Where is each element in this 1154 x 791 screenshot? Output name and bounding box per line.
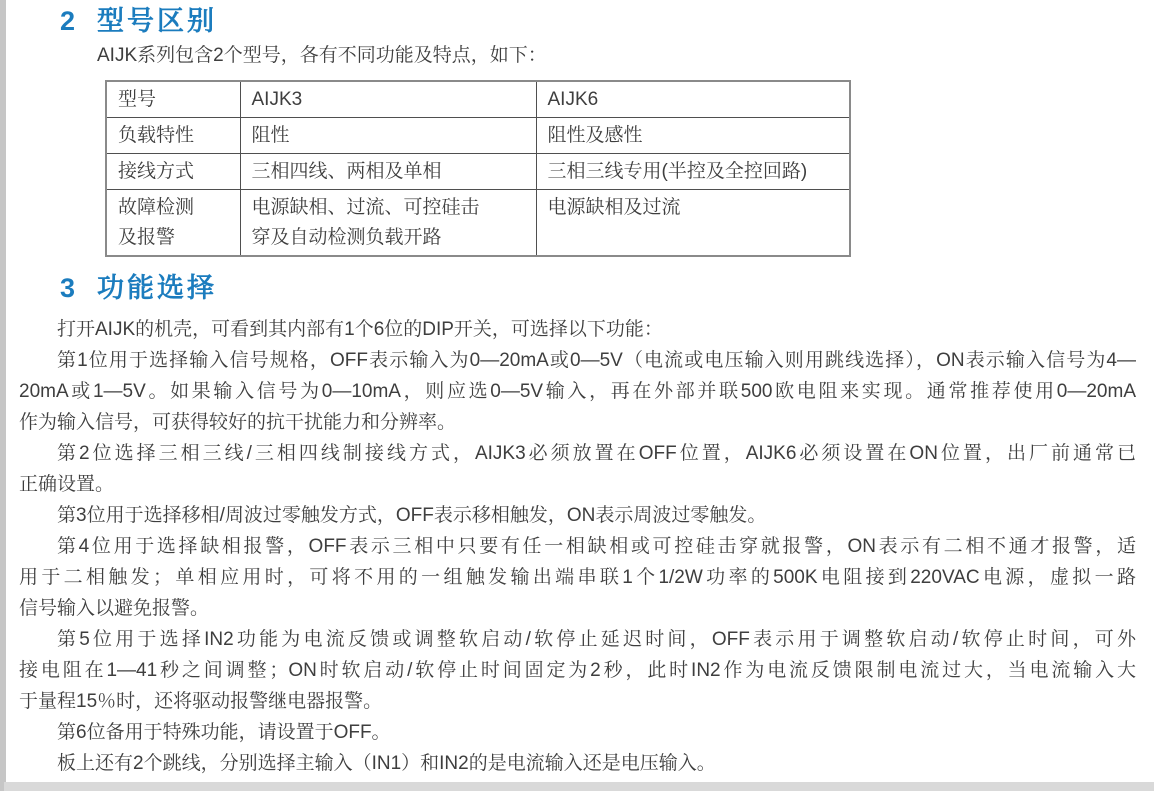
paragraph: 第5位用于选择IN2功能为电流反馈或调整软启动/软停止延迟时间，OFF表示用于调… bbox=[19, 624, 1136, 717]
section-number: 3 bbox=[60, 271, 75, 305]
page-edge-left bbox=[0, 0, 6, 791]
text-line: 第6位备用于特殊功能，请设置于OFF。 bbox=[19, 717, 1136, 748]
section-function-selection: 3 功能选择 打开AIJK的机壳，可看到其内部有1个6位的DIP开关，可选择以下… bbox=[19, 271, 1136, 779]
section-title: 型号区别 bbox=[97, 4, 217, 38]
text-line: 板上还有2个跳线，分别选择主输入（IN1）和IN2的是电流输入还是电压输入。 bbox=[19, 748, 1136, 779]
section-model-differences: 2 型号区别 AIJK系列包含2个型号，各有不同功能及特点，如下： 型号AIJK… bbox=[19, 4, 1136, 257]
text-line: 信号输入以避免报警。 bbox=[19, 593, 1136, 624]
model-table-body: 型号AIJK3AIJK6负载特性阻性阻性及感性接线方式三相四线、两相及单相三相三… bbox=[106, 81, 850, 256]
section-heading-function: 3 功能选择 bbox=[19, 271, 1136, 305]
table-row: 负载特性阻性阻性及感性 bbox=[106, 118, 850, 154]
paragraph: 第3位用于选择移相/周波过零触发方式，OFF表示移相触发，ON表示周波过零触发。 bbox=[19, 500, 1136, 531]
section-title: 功能选择 bbox=[97, 271, 217, 305]
text-line: 接电阻在1—41秒之间调整；ON时软启动/软停止时间固定为2秒，此时IN2作为电… bbox=[19, 655, 1136, 686]
table-row: 故障检测 及报警电源缺相、过流、可控硅击 穿及自动检测负载开路电源缺相及过流 bbox=[106, 190, 850, 257]
function-paragraphs: 打开AIJK的机壳，可看到其内部有1个6位的DIP开关，可选择以下功能：第1位用… bbox=[19, 314, 1136, 779]
text-line: 第3位用于选择移相/周波过零触发方式，OFF表示移相触发，ON表示周波过零触发。 bbox=[19, 500, 1136, 531]
table-cell: 电源缺相、过流、可控硅击 穿及自动检测负载开路 bbox=[240, 190, 536, 257]
table-cell: 三相三线专用(半控及全控回路) bbox=[536, 154, 850, 190]
text-line: 打开AIJK的机壳，可看到其内部有1个6位的DIP开关，可选择以下功能： bbox=[19, 314, 1136, 345]
table-cell: 阻性 bbox=[240, 118, 536, 154]
paragraph: 打开AIJK的机壳，可看到其内部有1个6位的DIP开关，可选择以下功能： bbox=[19, 314, 1136, 345]
table-cell: 负载特性 bbox=[106, 118, 240, 154]
text-line: 第4位用于选择缺相报警，OFF表示三相中只要有任一相缺相或可控硅击穿就报警，ON… bbox=[19, 531, 1136, 562]
section-heading-model: 2 型号区别 bbox=[19, 4, 1136, 38]
section-model-intro: AIJK系列包含2个型号，各有不同功能及特点，如下： bbox=[97, 45, 1136, 67]
paragraph: 板上还有2个跳线，分别选择主输入（IN1）和IN2的是电流输入还是电压输入。 bbox=[19, 748, 1136, 779]
table-cell: 三相四线、两相及单相 bbox=[240, 154, 536, 190]
text-line: 作为输入信号，可获得较好的抗干扰能力和分辨率。 bbox=[19, 407, 1136, 438]
text-line: 第1位用于选择输入信号规格，OFF表示输入为0—20mA或0—5V（电流或电压输… bbox=[19, 345, 1136, 376]
table-cell: 故障检测 及报警 bbox=[106, 190, 240, 257]
text-line: 20mA或1—5V。如果输入信号为0—10mA，则应选0—5V输入，再在外部并联… bbox=[19, 376, 1136, 407]
section-number: 2 bbox=[60, 4, 75, 38]
document-page: 2 型号区别 AIJK系列包含2个型号，各有不同功能及特点，如下： 型号AIJK… bbox=[0, 0, 1154, 791]
paragraph: 第6位备用于特殊功能，请设置于OFF。 bbox=[19, 717, 1136, 748]
text-line: 第5位用于选择IN2功能为电流反馈或调整软启动/软停止延迟时间，OFF表示用于调… bbox=[19, 624, 1136, 655]
paragraph: 第2位选择三相三线/三相四线制接线方式，AIJK3必须放置在OFF位置，AIJK… bbox=[19, 438, 1136, 500]
model-comparison-table: 型号AIJK3AIJK6负载特性阻性阻性及感性接线方式三相四线、两相及单相三相三… bbox=[105, 80, 851, 257]
text-line: 用于二相触发；单相应用时，可将不用的一组触发输出端串联1个1/2W功率的500K… bbox=[19, 562, 1136, 593]
page-content: 2 型号区别 AIJK系列包含2个型号，各有不同功能及特点，如下： 型号AIJK… bbox=[19, 0, 1136, 779]
table-cell: AIJK6 bbox=[536, 81, 850, 118]
text-line: 于量程15％时，还将驱动报警继电器报警。 bbox=[19, 686, 1136, 717]
page-edge-bottom bbox=[4, 782, 1154, 791]
table-cell: 电源缺相及过流 bbox=[536, 190, 850, 257]
table-cell: 型号 bbox=[106, 81, 240, 118]
table-row: 接线方式三相四线、两相及单相三相三线专用(半控及全控回路) bbox=[106, 154, 850, 190]
text-line: 正确设置。 bbox=[19, 469, 1136, 500]
table-cell: AIJK3 bbox=[240, 81, 536, 118]
table-cell: 接线方式 bbox=[106, 154, 240, 190]
table-cell: 阻性及感性 bbox=[536, 118, 850, 154]
paragraph: 第4位用于选择缺相报警，OFF表示三相中只要有任一相缺相或可控硅击穿就报警，ON… bbox=[19, 531, 1136, 624]
text-line: 第2位选择三相三线/三相四线制接线方式，AIJK3必须放置在OFF位置，AIJK… bbox=[19, 438, 1136, 469]
paragraph: 第1位用于选择输入信号规格，OFF表示输入为0—20mA或0—5V（电流或电压输… bbox=[19, 345, 1136, 438]
table-row: 型号AIJK3AIJK6 bbox=[106, 81, 850, 118]
